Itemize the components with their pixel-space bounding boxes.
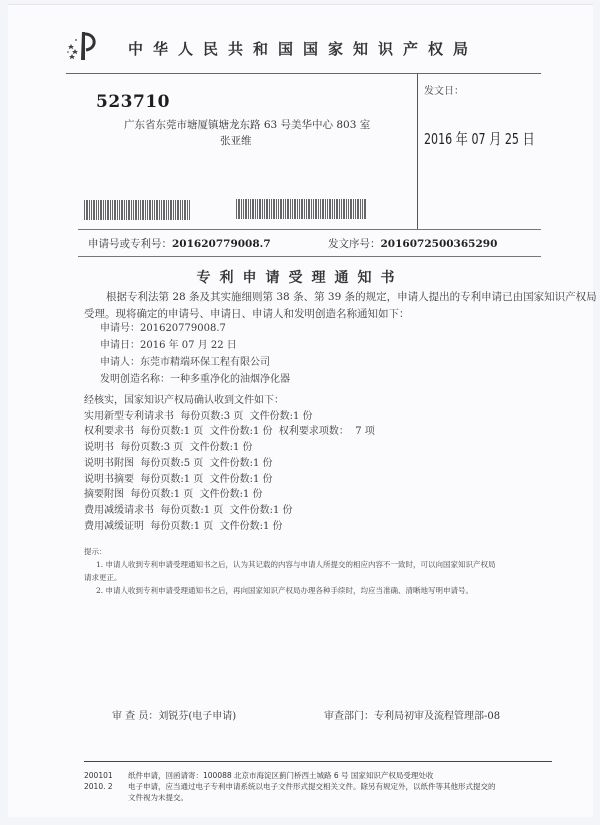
barcode-bar xyxy=(103,200,104,220)
barcode-bar xyxy=(133,200,134,220)
barcode-bar xyxy=(287,199,289,219)
barcode-bar xyxy=(177,200,179,220)
barcode-bar xyxy=(348,199,349,219)
file-item: 说明书附图 每份页数:5 页 文件份数:1 份 xyxy=(84,456,375,472)
application-number-value: 201620779008.7 xyxy=(172,238,271,250)
footer-line: 纸件申请，回函请寄：100088 北京市海淀区蓟门桥西土城路 6 号 国家知识产… xyxy=(128,770,568,781)
barcode-bar xyxy=(96,200,97,220)
barcode-bar xyxy=(325,199,326,219)
barcode-bar xyxy=(182,200,183,220)
barcode-bar xyxy=(84,200,85,220)
file-item: 费用减缓请求书 每份页数:1 页 文件份数:1 份 xyxy=(84,503,375,519)
barcode-serial xyxy=(236,199,388,219)
footer-line: 文件视为未提交。 xyxy=(128,792,568,803)
barcode-bar xyxy=(362,199,363,219)
barcode-bar xyxy=(149,200,151,220)
barcode-bar xyxy=(140,200,141,220)
barcode-bar xyxy=(364,199,366,219)
barcode-bar xyxy=(89,200,90,220)
barcode-bar xyxy=(357,199,359,219)
barcode-bar xyxy=(329,199,331,219)
files-heading: 经核实，国家知识产权局确认收到文件如下： xyxy=(84,393,375,409)
barcode-bar xyxy=(142,200,144,220)
tips-heading: 提示： xyxy=(84,545,564,558)
barcode-bar xyxy=(156,200,158,220)
recipient-name: 张亚维 xyxy=(220,133,252,148)
barcode-bar xyxy=(117,200,118,220)
barcode-bar xyxy=(236,199,237,219)
tip-item-2: 2. 申请人收到专利申请受理通知书之后，再向国家知识产权局办理各种手续时，均应当… xyxy=(84,584,564,597)
barcode-bar xyxy=(147,200,148,220)
barcode-bar xyxy=(86,200,88,220)
file-item: 权利要求书 每份页数:1 页 文件份数:1 份 权利要求项数： 7 项 xyxy=(84,424,375,440)
barcode-application xyxy=(84,200,210,220)
barcode-bar xyxy=(322,199,324,219)
barcode-bar xyxy=(98,200,99,220)
barcode-bar xyxy=(250,199,251,219)
footer-divider xyxy=(84,761,552,762)
barcode-bar xyxy=(336,199,338,219)
detail-applicant: 申请人：东莞市精端环保工程有限公司 xyxy=(100,354,290,371)
file-item: 费用减缓证明 每份页数:1 页 文件份数:1 份 xyxy=(84,519,375,535)
barcode-bar xyxy=(271,199,272,219)
barcode-bar xyxy=(187,200,188,220)
barcode-bar xyxy=(257,199,258,219)
barcode-bar xyxy=(152,200,153,220)
barcode-bar xyxy=(285,199,286,219)
barcode-bar xyxy=(360,199,361,219)
form-code: 200101 xyxy=(84,770,113,781)
notice-intro-line1: 根据专利法第 28 条及其实施细则第 38 条、第 39 条的规定，申请人提出的… xyxy=(84,289,600,306)
barcode-bar xyxy=(166,200,167,220)
barcode-bar xyxy=(299,199,300,219)
barcode-bar xyxy=(135,200,137,220)
barcode-bar xyxy=(184,200,186,220)
barcode-bar xyxy=(301,199,303,219)
date-block-divider xyxy=(417,74,418,230)
barcode-bar xyxy=(180,200,181,220)
barcode-bar xyxy=(315,199,317,219)
barcode-bar xyxy=(327,199,328,219)
barcode-bar xyxy=(110,200,111,220)
file-item: 说明书 每份页数:3 页 文件份数:1 份 xyxy=(84,440,375,456)
barcode-bar xyxy=(341,199,342,219)
detail-invention-title: 发明创造名称：一种多重净化的油烟净化器 xyxy=(100,371,290,388)
barcode-bar xyxy=(189,200,190,220)
examining-department: 审查部门：专利局初审及流程管理部-08 xyxy=(324,707,500,722)
barcode-bar xyxy=(283,199,284,219)
application-number: 申请号或专利号：201620779008.7 xyxy=(88,236,271,251)
recipient-address: 广东省东莞市塘厦镇塘龙东路 63 号美华中心 803 室 xyxy=(124,117,370,132)
barcode-bar xyxy=(320,199,321,219)
tip-item-1: 1. 申请人收到专利申请受理通知书之后，认为其记载的内容与申请人所提交的相应内容… xyxy=(84,558,564,571)
barcode-bar xyxy=(269,199,270,219)
received-files: 经核实，国家知识产权局确认收到文件如下： 实用新型专利请求书 每份页数:3 页 … xyxy=(84,393,375,534)
barcode-bar xyxy=(145,200,146,220)
barcode-bar xyxy=(278,199,279,219)
footer-notes: 纸件申请，回函请寄：100088 北京市海淀区蓟门桥西土城路 6 号 国家知识产… xyxy=(128,770,568,803)
barcode-bar xyxy=(154,200,155,220)
barcode-bar xyxy=(343,199,345,219)
barcode-bar xyxy=(292,199,293,219)
barcode-bar xyxy=(252,199,254,219)
barcode-bar xyxy=(168,200,169,220)
footer-line: 电子申请，应当通过电子专利申请系统以电子文件形式提交相关文件。除另有规定外，以纸… xyxy=(128,781,568,792)
barcode-bar xyxy=(245,199,247,219)
barcode-bar xyxy=(173,200,174,220)
serial-number-label: 发文序号： xyxy=(328,238,381,250)
serial-number-value: 2016072500365290 xyxy=(381,238,498,250)
barcode-bar xyxy=(297,199,298,219)
barcode-bar xyxy=(124,200,125,220)
barcode-bar xyxy=(126,200,127,220)
barcode-bar xyxy=(107,200,109,220)
barcode-bar xyxy=(170,200,172,220)
file-item: 摘要附图 每份页数:1 页 文件份数:1 份 xyxy=(84,487,375,503)
detail-application-date: 申请日：2016 年 07 月 22 日 xyxy=(100,337,290,354)
barcode-bar xyxy=(241,199,242,219)
barcode-bar xyxy=(119,200,120,220)
barcode-bar xyxy=(128,200,130,220)
notice-title: 专利申请受理通知书 xyxy=(0,267,600,287)
file-item: 说明书摘要 每份页数:1 页 文件份数:1 份 xyxy=(84,472,375,488)
barcode-bar xyxy=(353,199,354,219)
barcode-bar xyxy=(100,200,102,220)
barcode-bar xyxy=(255,199,256,219)
barcode-bar xyxy=(332,199,333,219)
barcode-bar xyxy=(259,199,261,219)
barcode-bar xyxy=(294,199,296,219)
barcode-bar xyxy=(264,199,265,219)
barcode-bar xyxy=(339,199,340,219)
issue-date: 2016 年 07 月 25 日 xyxy=(424,128,535,149)
form-codes: 200101 2010. 2 xyxy=(84,770,113,792)
examiner: 审 查 员：刘锐芬(电子申请) xyxy=(112,707,236,722)
barcode-bar xyxy=(262,199,263,219)
barcode-bar xyxy=(355,199,356,219)
barcode-bar xyxy=(273,199,275,219)
barcode-bar xyxy=(248,199,249,219)
cnipa-logo-icon xyxy=(66,30,102,64)
barcode-bar xyxy=(138,200,139,220)
barcode-bar xyxy=(304,199,305,219)
barcode-bar xyxy=(276,199,277,219)
barcode-bar xyxy=(280,199,282,219)
barcode-bar xyxy=(346,199,347,219)
application-details: 申请号：201620779008.7 申请日：2016 年 07 月 22 日 … xyxy=(100,320,290,388)
barcode-bar xyxy=(175,200,176,220)
barcode-bar xyxy=(306,199,307,219)
reference-top-divider xyxy=(78,229,541,230)
tip-item-1-cont: 请求更正。 xyxy=(84,571,564,584)
barcode-bar xyxy=(163,200,165,220)
barcode-bar xyxy=(318,199,319,219)
detail-application-number: 申请号：201620779008.7 xyxy=(100,320,290,337)
barcode-bar xyxy=(266,199,268,219)
serial-number: 发文序号：2016072500365290 xyxy=(328,236,497,251)
barcode-bar xyxy=(91,200,92,220)
form-version: 2010. 2 xyxy=(84,781,113,792)
barcode-bar xyxy=(131,200,132,220)
postcode: 523710 xyxy=(96,92,170,112)
application-number-label: 申请号或专利号： xyxy=(88,238,172,250)
issue-date-label: 发文日： xyxy=(424,82,464,97)
barcode-bar xyxy=(238,199,240,219)
barcode-bar xyxy=(112,200,113,220)
barcode-bar xyxy=(243,199,244,219)
reference-bottom-divider xyxy=(78,256,541,257)
barcode-bar xyxy=(93,200,95,220)
barcode-bar xyxy=(334,199,335,219)
notice-intro-text1: 根据专利法第 28 条及其实施细则第 38 条、第 39 条的规定，申请人提出的… xyxy=(106,291,597,303)
header-divider xyxy=(66,73,541,74)
file-item: 实用新型专利请求书 每份页数:3 页 文件份数:1 份 xyxy=(84,409,375,425)
barcode-bar xyxy=(159,200,160,220)
barcode-bar xyxy=(290,199,291,219)
tips-section: 提示： 1. 申请人收到专利申请受理通知书之后，认为其记载的内容与申请人所提交的… xyxy=(84,545,564,597)
barcode-bar xyxy=(311,199,312,219)
barcode-bar xyxy=(121,200,123,220)
barcode-bar xyxy=(308,199,310,219)
barcode-bar xyxy=(105,200,106,220)
barcode-bar xyxy=(350,199,352,219)
barcode-bar xyxy=(114,200,116,220)
barcode-bar xyxy=(313,199,314,219)
organization-name: 中华人民共和国国家知识产权局 xyxy=(128,38,478,59)
barcode-bar xyxy=(161,200,162,220)
